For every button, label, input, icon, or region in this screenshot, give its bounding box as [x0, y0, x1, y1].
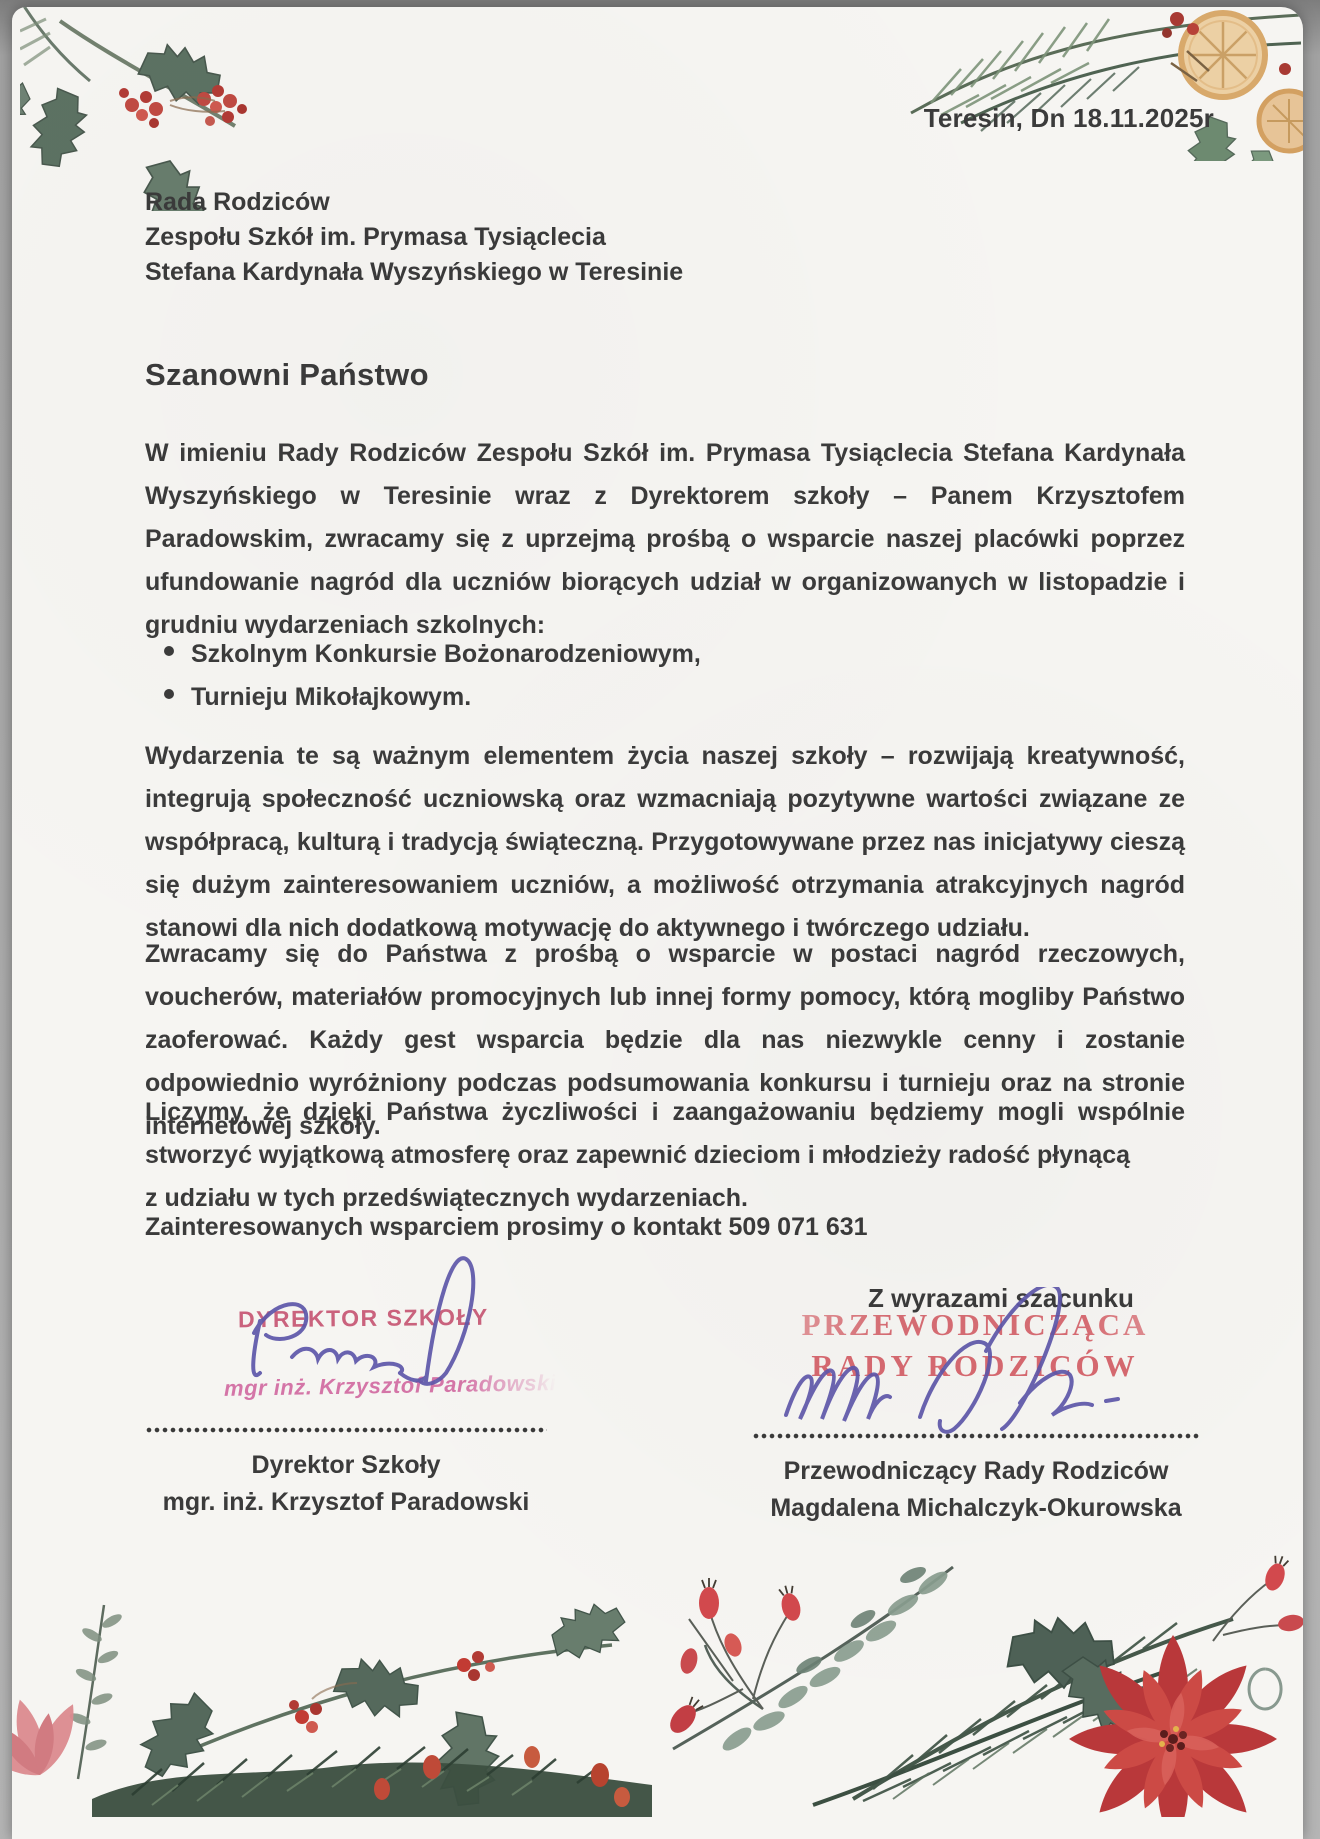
bullet-text: Szkolnym Konkursie Bożonarodzeniowym, [191, 633, 701, 676]
sender-line-1: Rada Rodziców [145, 185, 683, 220]
sender-line-3: Stefana Kardynała Wyszyńskiego w Teresin… [145, 255, 683, 290]
director-name: mgr. inż. Krzysztof Paradowski [145, 1484, 547, 1521]
list-item: Turnieju Mikołajkowym. [164, 676, 1164, 719]
date-line: Teresin, Dn 18.11.2025r [924, 103, 1214, 134]
events-bullet-list: Szkolnym Konkursie Bożonarodzeniowym, Tu… [164, 633, 1164, 719]
director-title: Dyrektor Szkoły [145, 1447, 547, 1484]
chairwoman-title: Przewodniczący Rady Rodziców [752, 1453, 1200, 1490]
bullet-dot-icon [164, 646, 174, 656]
signature-line-left [145, 1427, 547, 1433]
bullet-dot-icon [164, 689, 174, 699]
paragraph-events-importance: Wydarzenia te są ważnym elementem życia … [145, 735, 1185, 950]
bullet-text: Turnieju Mikołajkowym. [191, 676, 471, 719]
signature-line-right [752, 1433, 1200, 1439]
salutation: Szanowni Państwo [145, 357, 429, 393]
pine-orange-decoration-top-right [871, 7, 1303, 161]
scanned-letter-photo: { "letter": { "date_line": "Teresin, Dn … [0, 0, 1320, 1839]
poinsettia-decoration-bottom-right [613, 1549, 1303, 1817]
chairwoman-signature-ink [770, 1287, 1160, 1447]
chairwoman-name: Magdalena Michalczyk-Okurowska [752, 1490, 1200, 1527]
letter-page: Teresin, Dn 18.11.2025r Rada Rodziców Ze… [12, 7, 1303, 1839]
sender-address-block: Rada Rodziców Zespołu Szkół im. Prymasa … [145, 185, 683, 290]
chairwoman-caption: Przewodniczący Rady Rodziców Magdalena M… [752, 1453, 1200, 1527]
list-item: Szkolnym Konkursie Bożonarodzeniowym, [164, 633, 1164, 676]
director-signature-ink [230, 1235, 560, 1421]
director-caption: Dyrektor Szkoły mgr. inż. Krzysztof Para… [145, 1447, 547, 1521]
paragraph-closing-hope: Liczymy, że dzięki Państwa życzliwości i… [145, 1091, 1185, 1177]
sender-line-2: Zespołu Szkół im. Prymasa Tysiąclecia [145, 220, 683, 255]
paragraph-intro: W imieniu Rady Rodziców Zespołu Szkół im… [145, 432, 1185, 647]
holly-pine-decoration-bottom-left [12, 1599, 712, 1817]
holly-decoration-top-left [20, 7, 282, 211]
